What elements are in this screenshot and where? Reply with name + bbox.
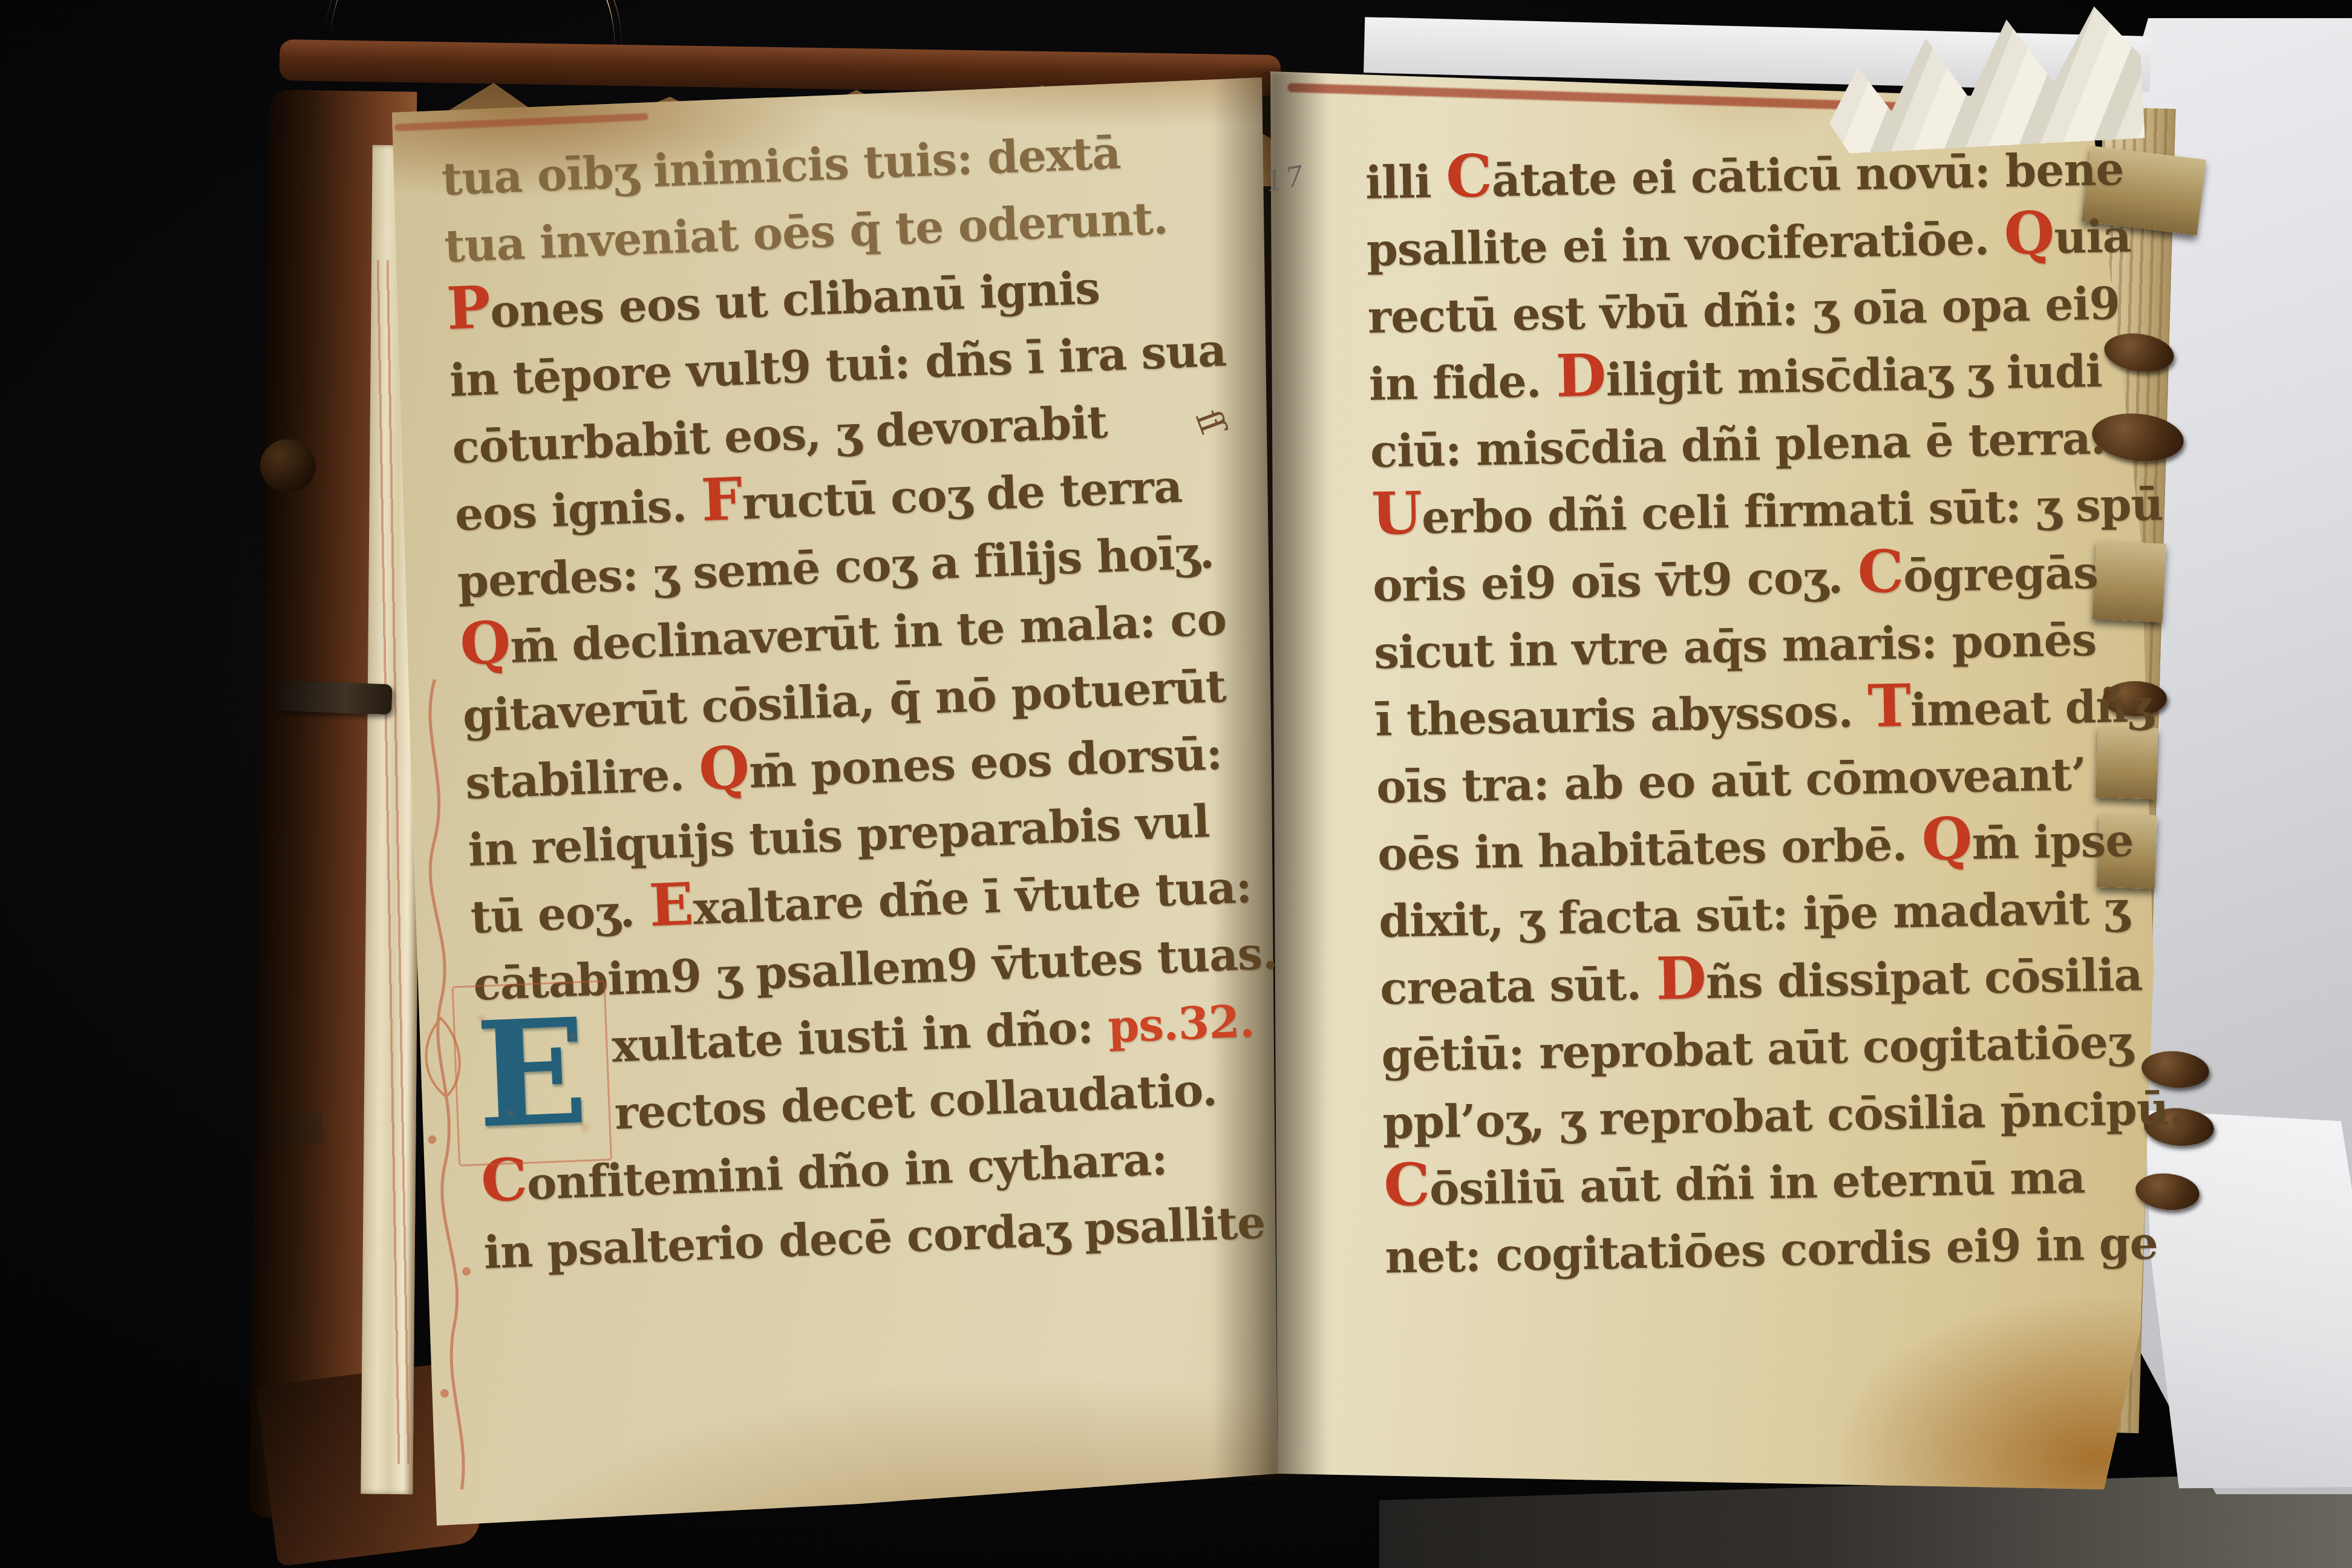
rubric-segment: C bbox=[1383, 1150, 1430, 1219]
text-segment: oris ei9 oīs v̄t9 coʒ. bbox=[1372, 551, 1858, 612]
clasp-strap bbox=[276, 681, 393, 715]
text-segment: ciū: misc̄dia dñi plena ē terra. bbox=[1370, 413, 2106, 478]
text-segment: ōsiliū aūt dñi in eternū ma bbox=[1429, 1151, 2085, 1215]
rubric-segment: C bbox=[1857, 537, 1904, 606]
rubric-segment: ps.32. bbox=[1107, 995, 1255, 1053]
rubric-segment: C bbox=[1445, 142, 1492, 211]
manuscript-text-line: net: cogitatiōes cordis ei9 in ge bbox=[1385, 1210, 2142, 1292]
rubric-segment: F bbox=[700, 465, 743, 535]
text-segment: ōgregās bbox=[1903, 547, 2098, 603]
text-segment: oēs in habitātes orbē. bbox=[1377, 818, 1922, 880]
text-segment: rectū est v̄bū dñi: ʒ oīa opa ei9 bbox=[1367, 278, 2120, 344]
manuscript-photograph: E ſſ tua oībʒ inimicis tuis: dextātua in… bbox=[0, 0, 2352, 1568]
text-segment: in fide. bbox=[1368, 355, 1556, 411]
text-segment: gētiū: reprobat aūt cogitatiōeʒ bbox=[1381, 1016, 2133, 1082]
text-segment: dixit, ʒ facta sūt: ip̄e madavit ʒ bbox=[1379, 882, 2129, 948]
text-segment: ñs dissipat cōsilia bbox=[1705, 949, 2143, 1009]
text-segment: uia bbox=[2054, 211, 2131, 264]
rubric-segment: Q bbox=[1921, 805, 1973, 874]
rubric-segment: D bbox=[1555, 341, 1606, 410]
text-segment: stabilire. bbox=[465, 748, 701, 809]
rubric-segment: Q bbox=[697, 733, 750, 803]
text-segment: m̄ ipse bbox=[1971, 815, 2134, 870]
text-segment: ātate ei cāticū novū: bene bbox=[1491, 143, 2124, 207]
rubric-segment: T bbox=[1867, 671, 1911, 740]
text-segment: ppl’oʒ, ʒ reprobat cōsilia p̄ncipū. bbox=[1382, 1082, 2184, 1149]
text-segment: net: cogitatiōes cordis ei9 in ge bbox=[1385, 1217, 2158, 1283]
rubric-segment: P bbox=[445, 273, 491, 343]
clasp-knob bbox=[260, 439, 316, 492]
illuminated-initial-E: E bbox=[462, 990, 602, 1157]
text-segment: tū eoʒ. bbox=[469, 884, 650, 944]
text-segment: iligit misc̄diaʒ ʒ iudi bbox=[1606, 345, 2103, 407]
text-segment: creata sūt. bbox=[1380, 958, 1657, 1014]
rubric-segment: Q bbox=[459, 608, 511, 678]
pencil-folio-number: 17 bbox=[1263, 159, 1308, 198]
text-segment: eos ignis. bbox=[454, 480, 702, 541]
text-segment: illi bbox=[1365, 156, 1446, 209]
text-segment: ructū coʒ de terra bbox=[741, 460, 1183, 529]
rubric-segment: E bbox=[648, 870, 694, 940]
rubric-segment: U bbox=[1371, 479, 1422, 548]
text-segment: oīs tra: ab eo aūt cōmoveant’ bbox=[1376, 748, 2087, 813]
text-segment: erbo dñi celi firmati sūt: ʒ spū bbox=[1421, 479, 2163, 544]
left-page-text: E ſſ tua oībʒ inimicis tuis: dextātua in… bbox=[440, 116, 1277, 1287]
rubric-segment: D bbox=[1655, 944, 1706, 1013]
text-segment: xultate iusti in dño: bbox=[611, 1001, 1109, 1073]
text-segment: psallite ei in vociferatiōe. bbox=[1366, 213, 2004, 276]
text-segment: m̄ pones eos dorsū: bbox=[748, 728, 1223, 799]
rubric-segment: Q bbox=[2004, 198, 2055, 267]
text-segment: sicut in vtre aq̄s maris: ponēs bbox=[1373, 614, 2096, 679]
text-segment: ī thesauris abyssos. bbox=[1374, 685, 1868, 746]
right-page-text: illi Cātate ei cāticū novū: benepsallite… bbox=[1365, 136, 2141, 1292]
clasp-strap-lower bbox=[264, 1112, 324, 1148]
text-segment: imeat dñʒ bbox=[1910, 680, 2152, 736]
